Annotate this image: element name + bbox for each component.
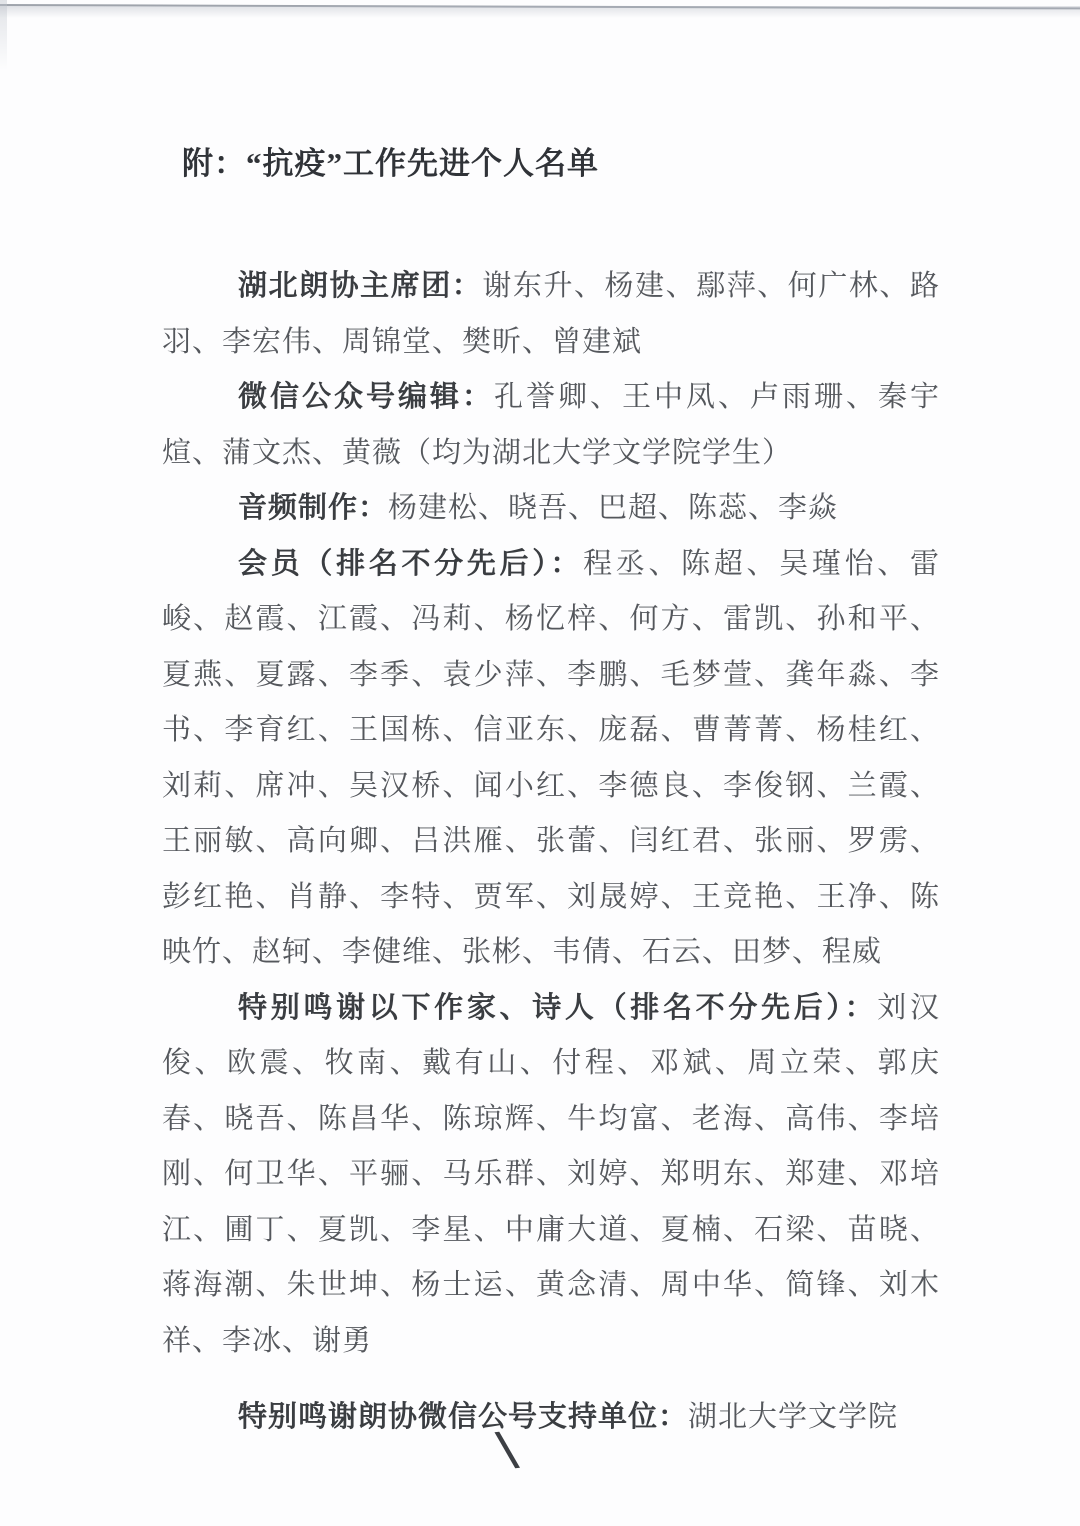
paragraph-wechat-editors: 微信公众号编辑：孔誉卿、王中凤、卢雨珊、秦宇煊、蒲文杰、黄薇（均为湖北大学文学院… (162, 370, 940, 481)
paragraph-writers-thanks: 特别鸣谢以下作家、诗人（排名不分先后）：刘汉俊、欧震、牧南、戴有山、付程、邓斌、… (162, 981, 940, 1370)
section-names: 程丞、陈超、吴瑾怡、雷峻、赵霞、江霞、冯莉、杨忆梓、何方、雷凯、孙和平、夏燕、夏… (162, 548, 940, 969)
section-label: 音频制作： (238, 492, 388, 524)
paragraph-presidium: 湖北朗协主席团：谢东升、杨建、鄢萍、何广林、路羽、李宏伟、周锦堂、樊昕、曾建斌 (162, 259, 940, 370)
section-label: 特别鸣谢朗协微信公号支持单位： (238, 1401, 688, 1433)
paragraph-support-unit: 特别鸣谢朗协微信公号支持单位：湖北大学文学院 (162, 1390, 940, 1446)
document-title: 附：“抗疫”工作先进个人名单 (182, 136, 940, 191)
section-label: 特别鸣谢以下作家、诗人（排名不分先后）： (238, 992, 877, 1024)
section-names: 杨建松、晓吾、巴超、陈蕊、李焱 (388, 492, 838, 524)
paragraph-audio-production: 音频制作：杨建松、晓吾、巴超、陈蕊、李焱 (162, 481, 940, 537)
section-label: 会员（排名不分先后）： (238, 548, 583, 580)
document-page: 附：“抗疫”工作先进个人名单 湖北朗协主席团：谢东升、杨建、鄢萍、何广林、路羽、… (0, 0, 1080, 1526)
paragraph-members: 会员（排名不分先后）：程丞、陈超、吴瑾怡、雷峻、赵霞、江霞、冯莉、杨忆梓、何方、… (162, 537, 940, 981)
pen-stroke-mark: \ (492, 1426, 523, 1475)
section-label: 微信公众号编辑： (238, 381, 494, 413)
section-label: 湖北朗协主席团： (238, 270, 482, 302)
section-names: 刘汉俊、欧震、牧南、戴有山、付程、邓斌、周立荣、郭庆春、晓吾、陈昌华、陈琼辉、牛… (162, 992, 940, 1357)
section-names: 湖北大学文学院 (688, 1401, 898, 1433)
section-names-note: （均为湖北大学文学院学生） (402, 437, 792, 469)
